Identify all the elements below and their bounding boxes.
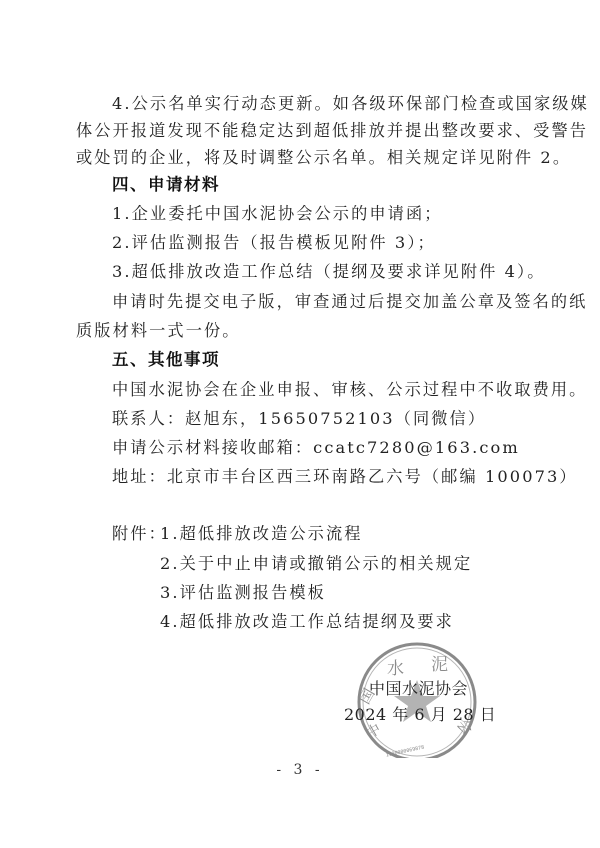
list-item: 3.超低排放改造工作总结（提纲及要求详见附件 4）。 <box>112 262 572 282</box>
signature-organization: 中国水泥协会 <box>369 676 468 699</box>
fee-statement: 中国水泥协会在企业申报、审核、公示过程中不收取费用。 <box>112 380 572 400</box>
contact-address: 地址：北京市丰台区西三环南路乙六号（邮编 100073） <box>112 467 572 487</box>
attachment-item: 4.超低排放改造工作总结提纲及要求 <box>160 612 600 632</box>
seal-stamp-icon: 水 泥 国 会 中 1100000069878 <box>347 640 487 758</box>
paragraph-line: 或处罚的企业，将及时调整公示名单。相关规定详见附件 2。 <box>76 148 536 168</box>
contact-email: 申请公示材料接收邮箱：ccatc7280@163.com <box>112 438 572 458</box>
paragraph-line: 质版材料一式一份。 <box>76 321 536 341</box>
attachment-item: 1.超低排放改造公示流程 <box>160 524 600 544</box>
section-heading: 五、其他事项 <box>112 350 572 370</box>
list-item: 2.评估监测报告（报告模板见附件 3）； <box>112 233 572 253</box>
official-seal: 水 泥 国 会 中 1100000069878 中国水泥协会 2024 年 6 … <box>347 640 487 758</box>
attachment-item: 3.评估监测报告模板 <box>160 583 600 603</box>
paragraph-line: 4.公示名单实行动态更新。如各级环保部门检查或国家级媒 <box>112 94 572 114</box>
paragraph-line: 体公开报道发现不能稳定达到超低排放并提出整改要求、受警告 <box>76 121 536 141</box>
svg-text:泥: 泥 <box>431 655 448 675</box>
section-heading: 四、申请材料 <box>112 175 572 195</box>
contact-person: 联系人：赵旭东，15650752103（同微信） <box>112 409 572 429</box>
document-page: 4.公示名单实行动态更新。如各级环保部门检查或国家级媒 体公开报道发现不能稳定达… <box>0 0 600 848</box>
page-number: - 3 - <box>0 762 600 778</box>
signature-date: 2024 年 6 月 28 日 <box>344 702 496 725</box>
paragraph-line: 申请时先提交电子版，审查通过后提交加盖公章及签名的纸 <box>112 292 572 312</box>
list-item: 1.企业委托中国水泥协会公示的申请函； <box>112 204 572 224</box>
attachment-item: 2.关于中止申请或撤销公示的相关规定 <box>160 554 600 574</box>
